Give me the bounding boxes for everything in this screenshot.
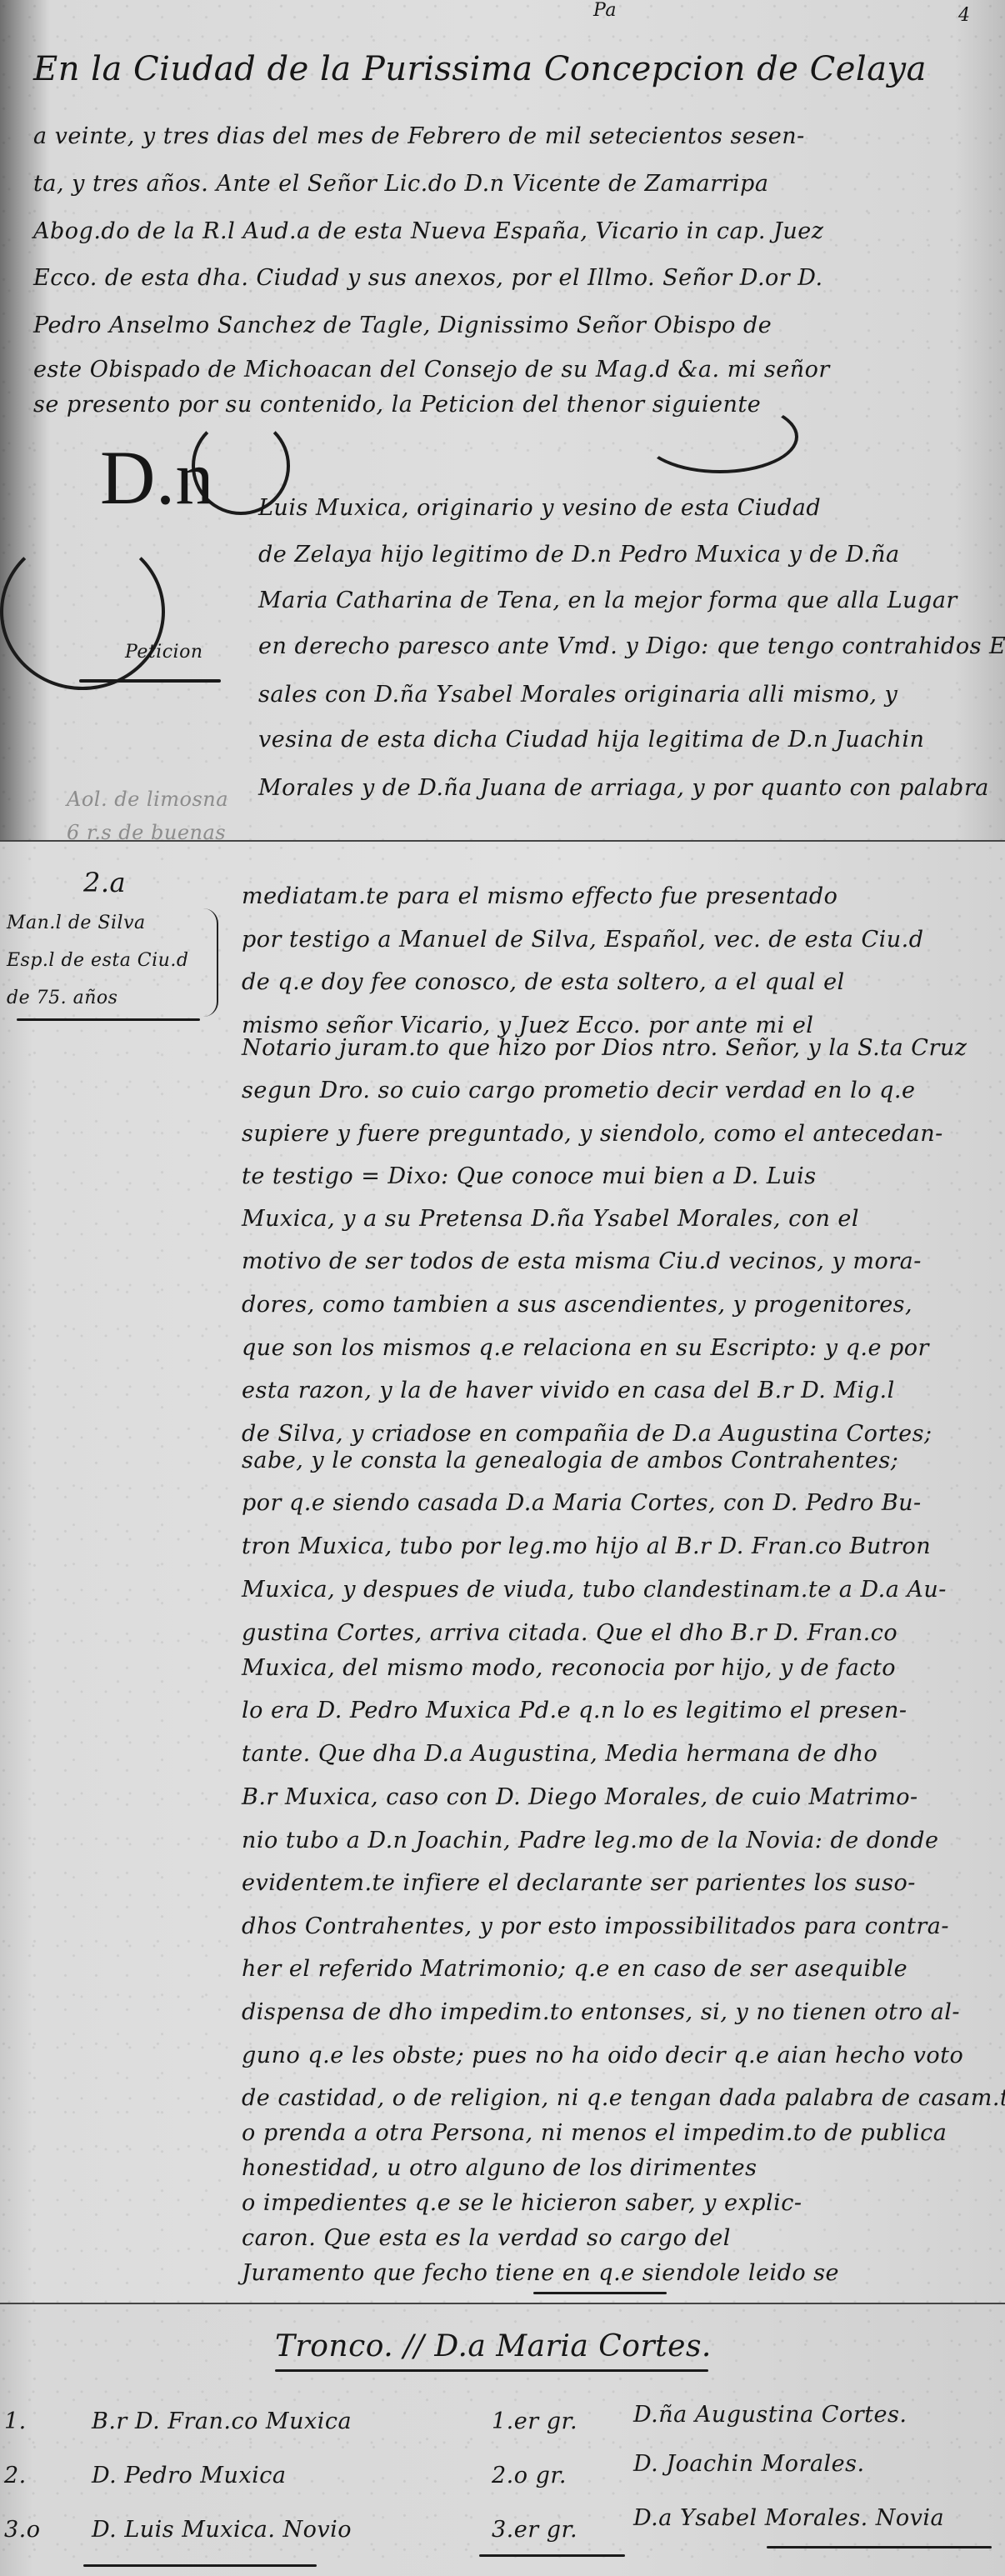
female-line-name: D.a Ysabel Morales. Novia (633, 2505, 944, 2531)
petition-line: Luis Muxica, originario y vesino de esta… (258, 495, 821, 521)
witness-underline (17, 1018, 200, 1021)
male-line-name: D. Pedro Muxica (92, 2463, 286, 2488)
petition-initial: D.n (100, 433, 214, 522)
testimony-line: de castidad, o de religion, ni q.e tenga… (242, 2085, 1005, 2111)
degree: 1.er gr. (492, 2408, 577, 2434)
testimony-line: te testigo = Dixo: Que conoce mui bien a… (242, 1163, 817, 1189)
calligraphic-flourish-icon (642, 400, 798, 473)
witness-note-line: de 75. años (7, 988, 117, 1008)
text-line: Abog.do de la R.l Aud.a de esta Nueva Es… (33, 218, 823, 244)
margin-underline (79, 679, 221, 683)
text-line: a veinte, y tres dias del mes de Febrero… (33, 123, 805, 149)
testimony-line: gustina Cortes, arriva citada. Que el dh… (242, 1620, 897, 1646)
generation-number: 2. (4, 2463, 27, 2488)
testimony-line: Muxica, y despues de viuda, tubo clandes… (242, 1577, 947, 1603)
folio-number: 4 (958, 5, 971, 26)
manuscript-page-1: 4 Pa En la Ciudad de la Purissima Concep… (0, 0, 1005, 842)
testimony-line: de q.e doy fee conosco, de esta soltero,… (242, 969, 845, 995)
petition-line: en derecho paresco ante Vmd. y Digo: que… (258, 633, 1005, 659)
petition-line: de Zelaya hijo legitimo de D.n Pedro Mux… (258, 542, 900, 568)
testimony-line: her el referido Matrimonio; q.e en caso … (242, 1956, 907, 1982)
genealogy-underline (767, 2546, 992, 2548)
testimony-line: caron. Que esta es la verdad so cargo de… (242, 2225, 731, 2251)
margin-ordinal: 2.a (83, 867, 126, 898)
testimony-line: por q.e siendo casada D.a Maria Cortes, … (242, 1490, 922, 1516)
calligraphic-initial-P-icon (0, 533, 165, 690)
testimony-line: o impedientes q.e se le hicieron saber, … (242, 2190, 802, 2216)
testimony-line: tron Muxica, tubo por leg.mo hijo al B.r… (242, 1533, 931, 1559)
genealogy-row: 3.o D. Luis Muxica. Novio 3.er gr. D.a Y… (0, 2517, 1005, 2550)
opening-heading: En la Ciudad de la Purissima Concepcion … (33, 50, 927, 88)
text-line: se presento por su contenido, la Peticio… (33, 392, 761, 418)
genealogy-title: Tronco. // D.a Maria Cortes. (275, 2329, 712, 2363)
testimony-line: dispensa de dho impedim.to entonses, si,… (242, 1999, 960, 2025)
closing-strike (533, 2292, 667, 2294)
generation-number: 1. (4, 2408, 27, 2434)
testimony-line: nio tubo a D.n Joachin, Padre leg.mo de … (242, 1828, 938, 1853)
top-mark: Pa (593, 0, 617, 21)
testimony-line: segun Dro. so cuio cargo prometio decir … (242, 1078, 915, 1103)
testimony-line: o prenda a otra Persona, ni menos el imp… (242, 2120, 947, 2146)
testimony-line: guno q.e les obste; pues no ha oido deci… (242, 2043, 963, 2068)
text-line: Pedro Anselmo Sanchez de Tagle, Dignissi… (33, 313, 772, 338)
degree: 3.er gr. (492, 2517, 577, 2543)
petition-line: Morales y de D.ña Juana de arriaga, y po… (258, 775, 989, 801)
manuscript-page-2: 2.a Man.l de Silva Esp.l de esta Ciu.d d… (0, 842, 1005, 2304)
male-line-name: B.r D. Fran.co Muxica (92, 2408, 352, 2434)
text-line: Ecco. de esta dha. Ciudad y sus anexos, … (33, 265, 823, 291)
text-line: ta, y tres años. Ante el Señor Lic.do D.… (33, 171, 768, 197)
testimony-line: que son los mismos q.e relaciona en su E… (242, 1335, 929, 1361)
text-line: este Obispado de Michoacan del Consejo d… (33, 357, 830, 383)
testimony-line: por testigo a Manuel de Silva, Español, … (242, 927, 924, 953)
testimony-line: Notario juram.to que hizo por Dios ntro.… (242, 1035, 967, 1061)
testimony-line: mediatam.te para el mismo effecto fue pr… (242, 883, 837, 909)
testimony-line: lo era D. Pedro Muxica Pd.e q.n lo es le… (242, 1698, 907, 1723)
petition-line: sales con D.ña Ysabel Morales originaria… (258, 682, 897, 708)
genealogy-underline (479, 2554, 625, 2557)
witness-note-line: Esp.l de esta Ciu.d (7, 950, 188, 971)
margin-faint-note: 6 r.s de buenas (67, 821, 226, 842)
petition-line: vesina de esta dicha Ciudad hija legitim… (258, 727, 924, 753)
testimony-line: motivo de ser todos de esta misma Ciu.d … (242, 1248, 922, 1274)
female-line-name: D.ña Augustina Cortes. (633, 2402, 907, 2428)
testimony-line: Juramento que fecho tiene en q.e siendol… (242, 2260, 839, 2286)
testimony-line: B.r Muxica, caso con D. Diego Morales, d… (242, 1784, 918, 1810)
testimony-line: dores, como tambien a sus ascendientes, … (242, 1292, 912, 1318)
witness-note-line: Man.l de Silva (7, 913, 146, 933)
testimony-line: Muxica, del mismo modo, reconocia por hi… (242, 1655, 896, 1681)
testimony-line: supiere y fuere preguntado, y siendolo, … (242, 1121, 943, 1147)
testimony-line: de Silva, y criadose en compañia de D.a … (242, 1421, 932, 1447)
margin-label-peticion: Peticion (125, 642, 202, 663)
manuscript-page-3: Tronco. // D.a Maria Cortes. 1. B.r D. F… (0, 2304, 1005, 2576)
margin-faint-note: Aol. de limosna (67, 788, 228, 811)
genealogy-underline (83, 2564, 317, 2567)
degree: 2.o gr. (492, 2463, 567, 2488)
title-underline (275, 2369, 708, 2372)
genealogy-row: 1. B.r D. Fran.co Muxica 1.er gr. D.ña A… (0, 2408, 1005, 2442)
petition-line: Maria Catharina de Tena, en la mejor for… (258, 588, 957, 613)
genealogy-row: 2. D. Pedro Muxica 2.o gr. D. Joachin Mo… (0, 2463, 1005, 2496)
testimony-line: Muxica, y a su Pretensa D.ña Ysabel Mora… (242, 1206, 859, 1232)
male-line-name: D. Luis Muxica. Novio (92, 2517, 352, 2543)
testimony-line: tante. Que dha D.a Augustina, Media herm… (242, 1741, 877, 1767)
testimony-line: honestidad, u otro alguno de los dirimen… (242, 2155, 757, 2181)
testimony-line: evidentem.te infiere el declarante ser p… (242, 1870, 916, 1896)
female-line-name: D. Joachin Morales. (633, 2451, 865, 2477)
testimony-line: sabe, y le consta la genealogia de ambos… (242, 1448, 898, 1473)
witness-bracket (200, 908, 218, 1017)
testimony-line: esta razon, y la de haver vivido en casa… (242, 1378, 895, 1403)
testimony-line: dhos Contrahentes, y por esto impossibil… (242, 1913, 949, 1939)
generation-number: 3.o (4, 2517, 41, 2543)
